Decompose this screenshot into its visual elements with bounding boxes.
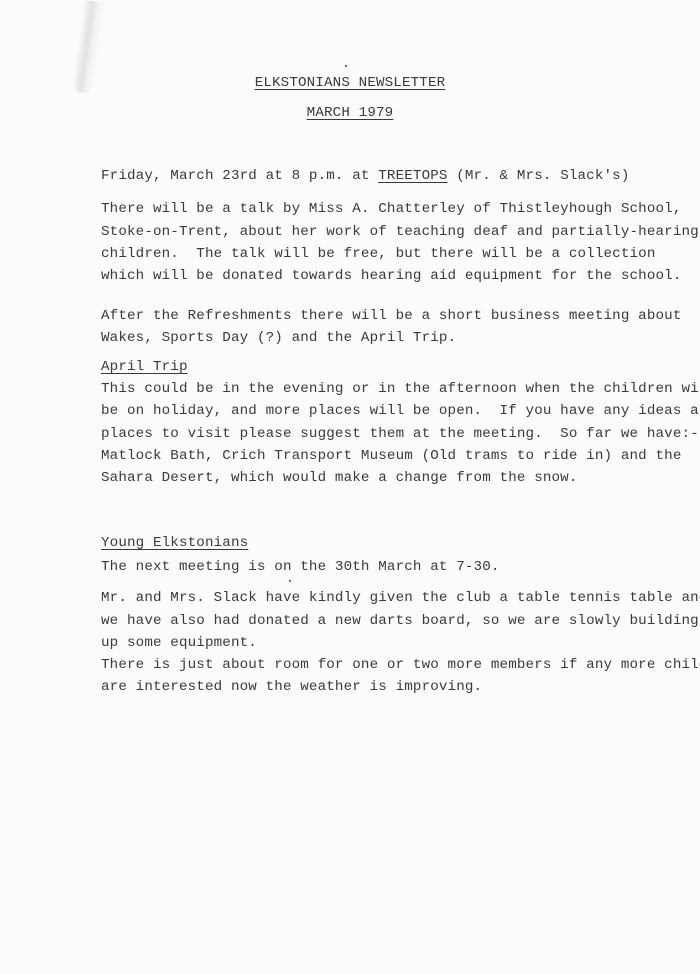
- young-elkstonians-line: are interested now the weather is improv…: [101, 678, 482, 696]
- event-line: Stoke-on-Trent, about her work of teachi…: [101, 223, 699, 241]
- event-heading-prefix: Friday, March 23rd at 8 p.m. at: [101, 168, 378, 184]
- april-trip-heading: April Trip: [101, 358, 188, 376]
- event-line: which will be donated towards hearing ai…: [101, 267, 681, 285]
- newsletter-page: ELKSTONIANS NEWSLETTER MARCH 1979 Friday…: [0, 0, 700, 974]
- april-trip-line: Matlock Bath, Crich Transport Museum (Ol…: [101, 447, 681, 465]
- event-line: There will be a talk by Miss A. Chatterl…: [101, 200, 681, 218]
- young-elkstonians-heading: Young Elkstonians: [101, 534, 248, 552]
- event-heading-suffix: (Mr. & Mrs. Slack's): [448, 168, 630, 184]
- event-heading: Friday, March 23rd at 8 p.m. at TREETOPS…: [101, 167, 630, 185]
- april-trip-line: be on holiday, and more places will be o…: [101, 402, 700, 420]
- young-elkstonians-line: There is just about room for one or two …: [101, 656, 700, 674]
- business-line: Wakes, Sports Day (?) and the April Trip…: [101, 329, 456, 347]
- april-trip-line: This could be in the evening or in the a…: [101, 380, 700, 398]
- april-trip-line: Sahara Desert, which would make a change…: [101, 469, 578, 487]
- event-venue: TREETOPS: [378, 168, 447, 184]
- newsletter-title: ELKSTONIANS NEWSLETTER: [0, 74, 700, 92]
- business-line: After the Refreshments there will be a s…: [101, 307, 681, 325]
- newsletter-date: MARCH 1979: [0, 104, 700, 122]
- april-trip-line: places to visit please suggest them at t…: [101, 425, 699, 443]
- ink-speck: [345, 65, 347, 67]
- young-elkstonians-line: up some equipment.: [101, 634, 257, 652]
- ink-speck: [289, 580, 291, 582]
- young-elkstonians-line: Mr. and Mrs. Slack have kindly given the…: [101, 589, 700, 607]
- young-elkstonians-meeting: The next meeting is on the 30th March at…: [101, 558, 500, 576]
- event-line: children. The talk will be free, but the…: [101, 245, 656, 263]
- young-elkstonians-line: we have also had donated a new darts boa…: [101, 612, 699, 630]
